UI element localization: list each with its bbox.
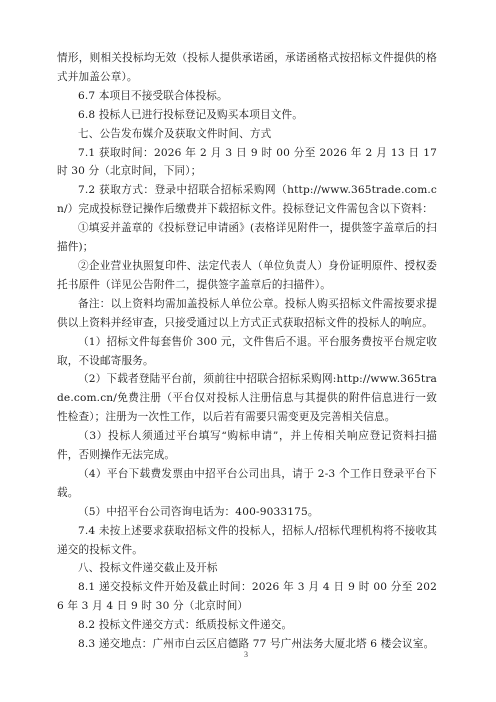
paragraph-sub-2: （2）下载者登陆平台前，须前往中招联合招标采购网:http://www.365t… [57,370,437,427]
paragraph-note: 备注：以上资料均需加盖投标人单位公章。投标人购买招标文件需按要求提供以上资料并经… [57,295,437,333]
section-heading-7: 七、公告发布媒介及获取文件时间、方式 [57,125,437,144]
paragraph-sub-5: （5）中招平台公司咨询电话为：400-9033175。 [57,503,437,522]
paragraph-7-4: 7.4 未按上述要求获取招标文件的投标人，招标人/招标代理机构将不接收其递交的投… [57,522,437,560]
paragraph-item-2: ②企业营业执照复印件、法定代表人（单位负责人）身份证明原件、授权委托书原件（详见… [57,257,437,295]
paragraph-item-1: ①填妥并盖章的《投标登记申请函》(表格详见附件一，提供签字盖章后的扫描件)； [57,219,437,257]
paragraph-8-2: 8.2 投标文件递交方式：纸质投标文件递交。 [57,616,437,635]
paragraph-bid-invalid-continuation: 情形，则相关投标均无效（投标人提供承诺函，承诺函格式按招标文件提供的格式并加盖公… [57,49,437,87]
page-number: 3 [244,650,248,659]
paragraph-8-1: 8.1 递交投标文件开始及截止时间：2026 年 3 月 4 日 9 时 00 … [57,578,437,616]
paragraph-sub-3: （3）投标人须通过平台填写“购标申请”，并上传相关响应登记资料扫描件，否则操作无… [57,427,437,465]
paragraph-sub-1: （1）招标文件每套售价 300 元，文件售后不退。平台服务费按平台规定收取，不设… [57,333,437,371]
paragraph-7-2: 7.2 获取方式：登录中招联合招标采购网（http://www.365trade… [57,181,437,219]
paragraph-7-1: 7.1 获取时间：2026 年 2 月 3 日 9 时 00 分至 2026 年… [57,144,437,182]
paragraph-6-7: 6.7 本项目不接受联合体投标。 [57,87,437,106]
section-heading-8: 八、投标文件递交截止及开标 [57,559,437,578]
paragraph-sub-4: （4）平台下载费发票由中招平台公司出具，请于 2-3 个工作日登录平台下载。 [57,465,437,503]
document-page: 情形，则相关投标均无效（投标人提供承诺函，承诺函格式按招标文件提供的格式并加盖公… [57,49,437,654]
paragraph-6-8: 6.8 投标人已进行投标登记及购买本项目文件。 [57,106,437,125]
